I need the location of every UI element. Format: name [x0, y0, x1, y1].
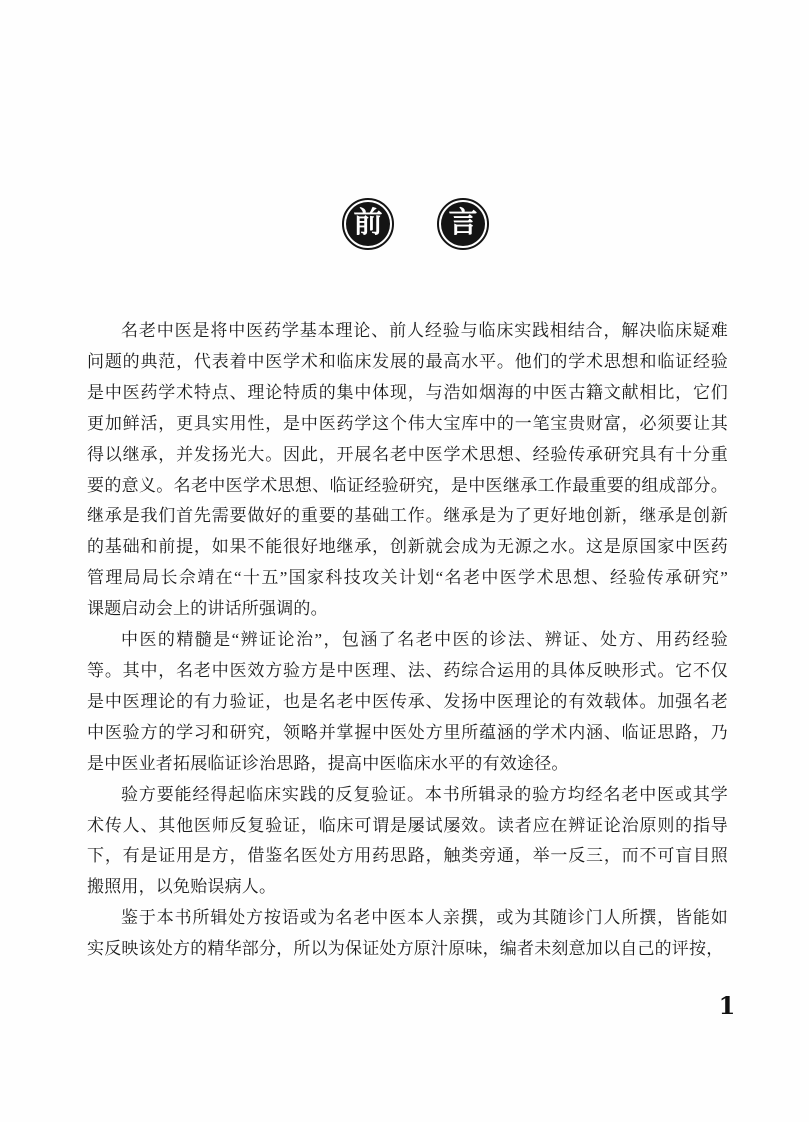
- book-preface-page: 前 言 名老中医是将中医药学基本理论、前人经验与临床实践相结合，解决临床疑难问题…: [0, 0, 809, 1122]
- text-line: 等。其中，名老中医效方验方是中医理、法、药综合运用的具体反映形式。它不仅: [87, 656, 728, 687]
- text-line: 问题的典范，代表着中医学术和临床发展的最高水平。他们的学术思想和临证经验: [87, 347, 728, 378]
- text-line: 术传人、其他医师反复验证，临床可谓是屡试屡效。读者应在辨证论治原则的指导: [87, 811, 728, 842]
- text-line: 中医验方的学习和研究，领略并掌握中医处方里所蕴涵的学术内涵、临证思路，乃: [87, 718, 728, 749]
- text-line: 名老中医是将中医药学基本理论、前人经验与临床实践相结合，解决临床疑难: [87, 316, 728, 347]
- preface-body: 名老中医是将中医药学基本理论、前人经验与临床实践相结合，解决临床疑难问题的典范，…: [87, 316, 728, 965]
- title-seal-yan: 言: [437, 198, 489, 250]
- text-line: 中医的精髓是“辨证论治”，包涵了名老中医的诊法、辨证、处方、用药经验: [87, 625, 728, 656]
- text-line: 是中医理论的有力验证，也是名老中医传承、发扬中医理论的有效载体。加强名老: [87, 687, 728, 718]
- text-line: 是中医药学术特点、理论特质的集中体现，与浩如烟海的中医古籍文献相比，它们: [87, 378, 728, 409]
- text-line: 搬照用，以免贻误病人。: [87, 872, 728, 903]
- text-line: 管理局局长佘靖在“十五”国家科技攻关计划“名老中医学术思想、经验传承研究”: [87, 563, 728, 594]
- seal-character: 前: [346, 202, 390, 246]
- text-line: 是中医业者拓展临证诊治思路，提高中医临床水平的有效途径。: [87, 749, 728, 780]
- text-line: 继承是我们首先需要做好的重要的基础工作。继承是为了更好地创新，继承是创新: [87, 501, 728, 532]
- page-number: 1: [702, 991, 752, 1020]
- text-line: 的基础和前提，如果不能很好地继承，创新就会成为无源之水。这是原国家中医药: [87, 532, 728, 563]
- text-line: 更加鲜活，更具实用性，是中医药学这个伟大宝库中的一笔宝贵财富，必须要让其: [87, 409, 728, 440]
- text-line: 鉴于本书所辑处方按语或为名老中医本人亲撰，或为其随诊门人所撰，皆能如: [87, 903, 728, 934]
- text-line: 验方要能经得起临床实践的反复验证。本书所辑录的验方均经名老中医或其学: [87, 780, 728, 811]
- text-line: 下，有是证用是方，借鉴名医处方用药思路，触类旁通，举一反三，而不可盲目照: [87, 841, 728, 872]
- seal-character: 言: [441, 202, 485, 246]
- text-line: 实反映该处方的精华部分，所以为保证处方原汁原味，编者未刻意加以自己的评按，: [87, 934, 728, 965]
- text-line: 要的意义。名老中医学术思想、临证经验研究，是中医继承工作最重要的组成部分。: [87, 471, 728, 502]
- page-title: 前 言: [342, 198, 489, 250]
- text-line: 得以继承，并发扬光大。因此，开展名老中医学术思想、经验传承研究具有十分重: [87, 440, 728, 471]
- title-seal-qian: 前: [342, 198, 394, 250]
- text-line: 课题启动会上的讲话所强调的。: [87, 594, 728, 625]
